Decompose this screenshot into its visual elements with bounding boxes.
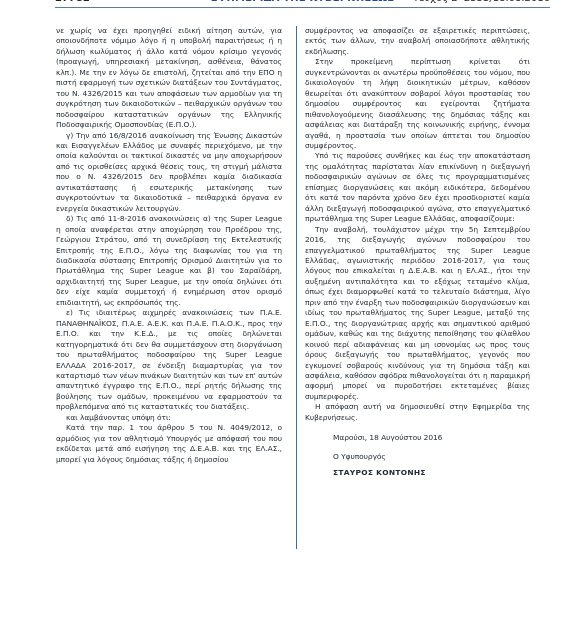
decision-paragraph: Την αναβολή, τουλάχιστον μέχρι την 5η Σε… [305, 225, 530, 403]
paragraph-d: δ) Τις από 11-8-2016 ανακοινώσεις α) της… [56, 214, 282, 308]
paragraph: συμφέροντος να αποφασίζει σε εξαιρετικές… [305, 26, 530, 57]
issue-number: Τεύχος Β' 2553/18.08.2016 [413, 0, 550, 5]
paragraph-e: ε) Τις ιδιαιτέρως αιχμηρές ανακοινώσεις … [56, 308, 282, 413]
considering-line: και λαμβάνοντας υπόψη ότι: [56, 413, 282, 423]
paragraph: Στην προκείμενη περίπτωση κρίνεται ότι σ… [305, 57, 530, 151]
left-column: νε χωρίς να έχει προηγηθεί ειδική αίτηση… [56, 26, 282, 465]
right-column: συμφέροντος να αποφασίζει σε εξαιρετικές… [305, 26, 530, 479]
paragraph: Υπό τις παρούσες συνθήκες και έως την απ… [305, 151, 530, 224]
signature-place-date: Μαρούσι, 18 Αυγούστου 2016 [305, 433, 530, 443]
paragraph-c: γ) Την από 16/8/2016 ανακοίνωση της Ένωσ… [56, 131, 282, 215]
signature-name: ΣΤΑΥΡΟΣ ΚΟΝΤΟΝΗΣ [305, 468, 530, 478]
paragraph: νε χωρίς να έχει προηγηθεί ειδική αίτηση… [56, 26, 282, 131]
publication-paragraph: Η απόφαση αυτή να δημοσιευθεί στην Εφημε… [305, 402, 530, 423]
page-header: 27782 ΕΦΗΜΕΡΙΔΑ ΤΗΣ ΚΥΒΕΡΝΗΣΕΩΣ Τεύχος Β… [55, 0, 550, 8]
signature-role: Ο Υφυπουργός [305, 452, 530, 462]
paragraph-law: Κατά την παρ. 1 του άρθρου 5 του Ν. 4049… [56, 423, 282, 465]
column-divider [296, 26, 297, 549]
